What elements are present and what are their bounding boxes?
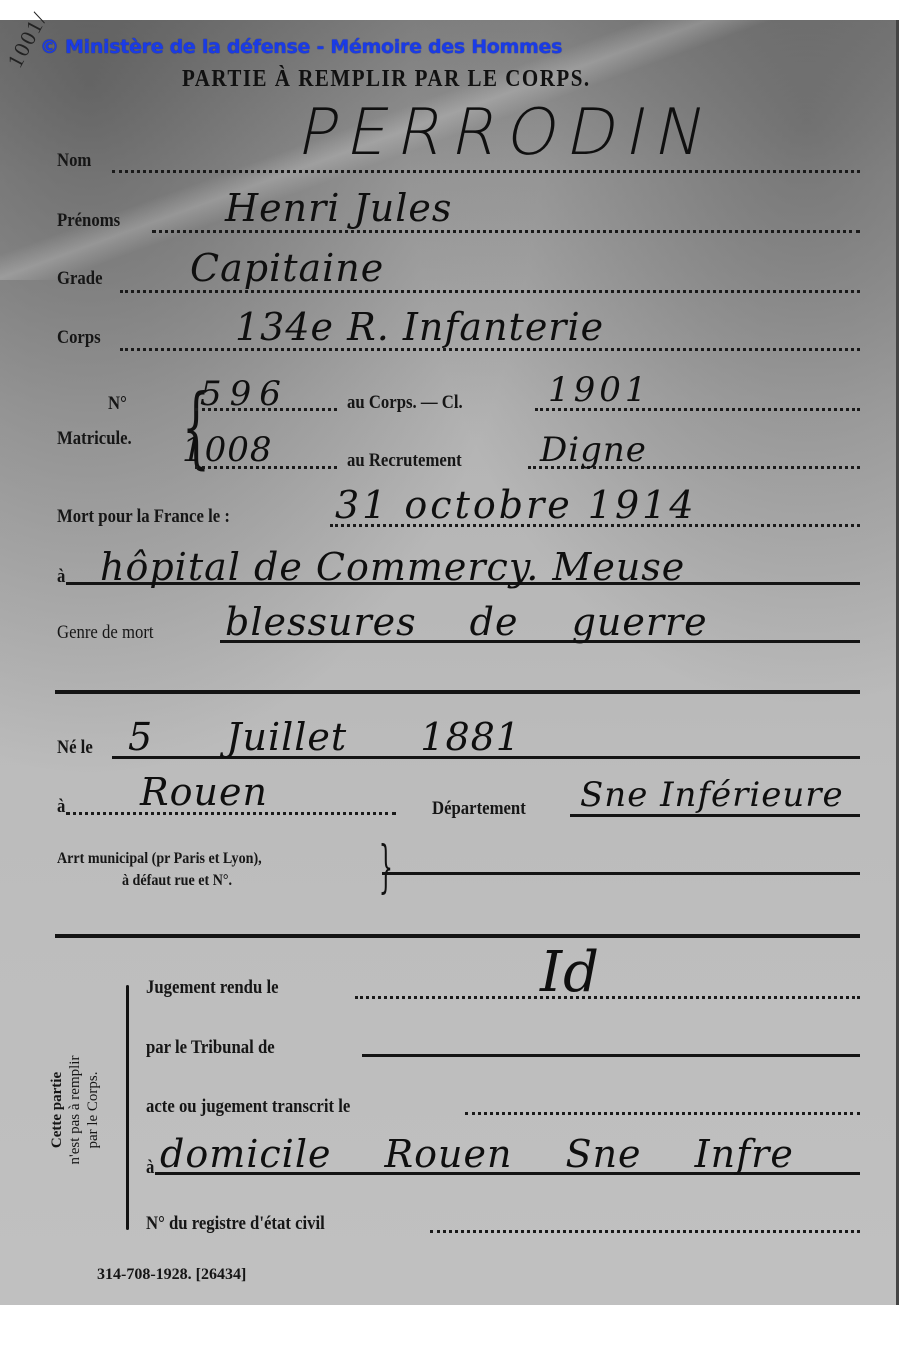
registre-line xyxy=(430,1230,860,1233)
separator-line-2 xyxy=(55,934,860,938)
matricule-label: Matricule. xyxy=(57,428,132,450)
form-header: PARTIE À REMPLIR PAR LE CORPS. xyxy=(182,64,591,93)
grade-line xyxy=(120,290,860,293)
side-note-line2: n'est pas à remplir xyxy=(66,1030,84,1190)
matricule-recrutement-number: 1008 xyxy=(182,430,273,470)
departement-label: Département xyxy=(432,798,526,820)
watermark: © Ministère de la défense - Mémoire des … xyxy=(40,36,562,58)
genre-mort-label: Genre de mort xyxy=(57,622,154,644)
matricule-corps-number: 596 xyxy=(200,374,289,414)
genre-mort-value: blessures de guerre xyxy=(225,600,708,644)
nom-label: Nom xyxy=(57,150,91,172)
recrutement-lieu: Digne xyxy=(540,430,647,470)
lower-section-brace xyxy=(126,985,129,1230)
tribunal-line xyxy=(362,1054,860,1057)
mort-date: 31 octobre 1914 xyxy=(335,483,697,527)
corps-value: 134e R. Infanterie xyxy=(235,305,604,349)
arrondissement-line xyxy=(382,872,860,875)
corps-label: Corps xyxy=(57,327,101,349)
arrondissement-brace: } xyxy=(379,840,393,896)
prenoms-line xyxy=(152,230,860,233)
form-reference-number: 314-708-1928. [26434] xyxy=(97,1266,246,1284)
nom-value: PERRODIN xyxy=(292,96,722,170)
lieu-mort-value: hôpital de Commercy. Meuse xyxy=(100,545,685,589)
jugement-value: Id xyxy=(540,940,600,1005)
ne-a-label: à xyxy=(57,796,65,818)
ne-le-value: 5 Juillet 1881 xyxy=(128,715,521,759)
arrondissement-label-line1: Arrt municipal (pr Paris et Lyon), xyxy=(57,850,262,868)
side-note-line3: par le Corps. xyxy=(84,1030,102,1190)
transcrit-label: acte ou jugement transcrit le xyxy=(146,1096,350,1118)
tribunal-label: par le Tribunal de xyxy=(146,1037,275,1059)
grade-value: Capitaine xyxy=(190,246,384,290)
grade-label: Grade xyxy=(57,268,103,290)
transcrit-line xyxy=(465,1112,860,1115)
au-corps-label: au Corps. — Cl. xyxy=(347,392,463,414)
prenoms-label: Prénoms xyxy=(57,210,120,232)
side-note: Cette partie n'est pas à remplir par le … xyxy=(48,1030,102,1190)
jugement-line xyxy=(355,996,860,999)
side-note-line1: Cette partie xyxy=(48,1030,66,1190)
registre-label: N° du registre d'état civil xyxy=(146,1213,325,1235)
ne-le-label: Né le xyxy=(57,737,93,759)
mort-label: Mort pour la France le : xyxy=(57,506,230,528)
jugement-label: Jugement rendu le xyxy=(146,977,279,999)
transcrit-a-value: domicile Rouen Sne Infre xyxy=(160,1132,794,1176)
nom-line xyxy=(112,170,860,173)
lieu-mort-label: à xyxy=(57,566,65,588)
ne-a-value: Rouen xyxy=(140,770,268,814)
arrondissement-label-line2: à défaut rue et N°. xyxy=(122,872,232,890)
separator-line-1 xyxy=(55,690,860,694)
recrutement-label: au Recrutement xyxy=(347,450,462,472)
classe-value: 1901 xyxy=(548,370,651,410)
matricule-no-label: N° xyxy=(108,393,127,415)
transcrit-a-label: à xyxy=(146,1157,154,1179)
departement-value: Sne Inférieure xyxy=(580,775,844,815)
prenoms-value: Henri Jules xyxy=(225,186,452,230)
